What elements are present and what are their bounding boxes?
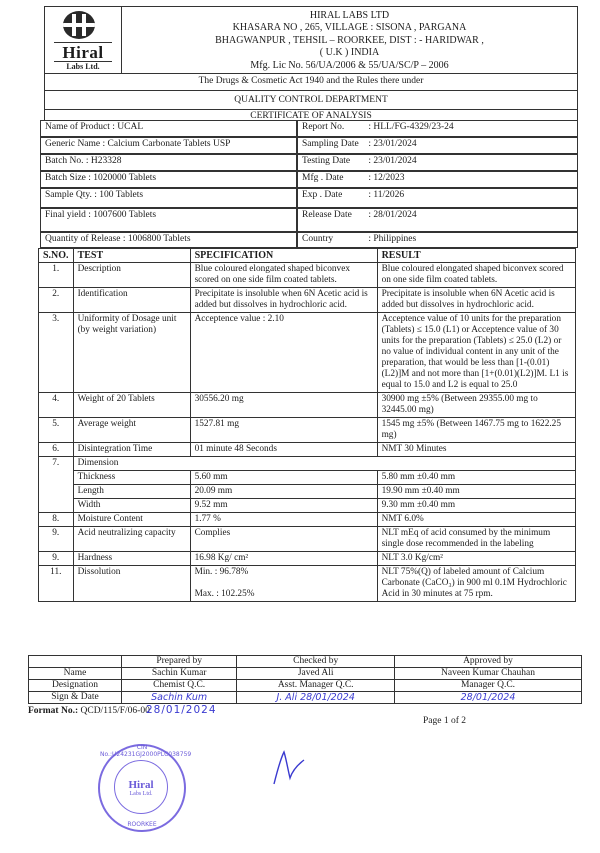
stamp-city: ROORKEE [100, 821, 184, 828]
row-label-designation: Designation [29, 680, 122, 692]
info-value: 12/2023 [373, 173, 404, 183]
prepared-designation: Chemist Q.C. [122, 680, 237, 692]
info-label: Quantity of Release [45, 234, 120, 244]
row-test: Acid neutralizing capacity [73, 527, 190, 552]
row-result: NMT 6.0% [377, 513, 575, 527]
info-value: UCAL [117, 122, 143, 132]
row-label-name: Name [29, 668, 122, 680]
checked-by-title: Checked by [237, 656, 395, 668]
info-right-cell: Exp . Date : 11/2026 [297, 188, 578, 208]
stamp-name: Hiral [115, 779, 167, 791]
row-sno: 5. [39, 418, 74, 443]
row-result: 9.30 mm ±0.40 mm [377, 499, 575, 513]
info-label: Release Date [302, 210, 366, 220]
row-spec: 1.77 % [190, 513, 377, 527]
spec-min: Min. : 96.78% [195, 567, 373, 578]
checked-name: Javed Ali [237, 668, 395, 680]
prepared-by-title: Prepared by [122, 656, 237, 668]
info-value: Philippines [373, 234, 416, 244]
spec-value: Complies [195, 528, 231, 538]
spec-max: Max. : 102.25% [195, 589, 373, 600]
table-row: 5.Average weight1527.81 mg1545 mg ±5% (B… [39, 418, 576, 443]
table-row: 1.DescriptionBlue coloured elongated sha… [39, 263, 576, 288]
info-label: Mfg . Date [302, 173, 366, 183]
info-value: HLL/FG-4329/23-24 [373, 122, 453, 132]
format-number: Format No.: QCD/115/F/06-00 [28, 706, 150, 716]
row-result: NLT 3.0 Kg/cm² [377, 552, 575, 566]
table-row: 7.Dimension [39, 457, 576, 471]
hiral-h-globe-icon [63, 11, 95, 39]
row-test: Hardness [73, 552, 190, 566]
row-test: Uniformity of Dosage unit (by weight var… [73, 313, 190, 393]
spec-value: 9.52 mm [195, 500, 228, 510]
table-row: 9.Acid neutralizing capacityCompliesNLT … [39, 527, 576, 552]
table-row: 11.DissolutionMin. : 96.78%Max. : 102.25… [39, 566, 576, 602]
row-result: Acceptence value of 10 units for the pre… [377, 313, 575, 393]
row-test: Width [73, 499, 190, 513]
spec-value: Blue coloured elongated shaped biconvex … [195, 264, 350, 285]
info-label: Name of Product [45, 122, 110, 132]
row-sno: 6. [39, 443, 74, 457]
row-label-sign: Sign & Date [29, 692, 122, 704]
handwritten-date: 28/01/2024 [146, 704, 217, 716]
info-left-cell: Final yield : 1007600 Tablets [40, 208, 297, 232]
row-result: Blue coloured elongated shaped biconvex … [377, 263, 575, 288]
row-result: 1545 mg ±5% (Between 1467.75 mg to 1622.… [377, 418, 575, 443]
row-test: Dissolution [73, 566, 190, 602]
company-name: HIRAL LABS LTD [122, 10, 577, 22]
initials-signature [268, 748, 308, 788]
page-number: Page 1 of 2 [423, 716, 466, 726]
signature-table: Prepared by Checked by Approved by Name … [28, 655, 582, 704]
table-row: 8.Moisture Content1.77 %NMT 6.0% [39, 513, 576, 527]
row-sno: 4. [39, 393, 74, 418]
row-sno: 1. [39, 263, 74, 288]
info-left-cell: Batch No. : H23328 [40, 154, 297, 171]
row-spec: Blue coloured elongated shaped biconvex … [190, 263, 377, 288]
row-spec: 16.98 Kg/ cm² [190, 552, 377, 566]
spec-value: 16.98 Kg/ cm² [195, 553, 249, 563]
row-result: 30900 mg ±5% (Between 29355.00 mg to 324… [377, 393, 575, 418]
row-test: Identification [73, 288, 190, 313]
logo-subtitle: Labs Ltd. [53, 62, 113, 71]
row-spec: 20.09 mm [190, 485, 377, 499]
table-row: 9.Hardness16.98 Kg/ cm²NLT 3.0 Kg/cm² [39, 552, 576, 566]
info-left-cell: Generic Name : Calcium Carbonate Tablets… [40, 137, 297, 154]
approved-designation: Manager Q.C. [395, 680, 582, 692]
letterhead: Hiral Labs Ltd. HIRAL LABS LTD KHASARA N… [44, 6, 578, 74]
info-label: Testing Date [302, 156, 366, 166]
row-sno: 9. [39, 552, 74, 566]
row-spec: Min. : 96.78%Max. : 102.25% [190, 566, 377, 602]
row-spec: Acceptence value : 2.10 [190, 313, 377, 393]
row-sno: 7. [39, 457, 74, 513]
approved-by-title: Approved by [395, 656, 582, 668]
table-row: 2.IdentificationPrecipitate is insoluble… [39, 288, 576, 313]
row-spec: 9.52 mm [190, 499, 377, 513]
table-row: 4.Weight of 20 Tablets30556.20 mg30900 m… [39, 393, 576, 418]
row-sno: 11. [39, 566, 74, 602]
row-test: Thickness [73, 471, 190, 485]
license-line: Mfg. Lic No. 56/UA/2006 & 55/UA/SC/P – 2… [122, 60, 577, 72]
info-value: 23/01/2024 [373, 156, 416, 166]
format-label: Format No.: [28, 706, 78, 716]
table-row: Width9.52 mm9.30 mm ±0.40 mm [39, 499, 576, 513]
info-label: Batch No. [45, 156, 84, 166]
checked-signature: J. Ali 28/01/2024 [237, 692, 395, 704]
info-label: Exp . Date [302, 190, 366, 200]
info-value: 11/2026 [373, 190, 404, 200]
info-right-cell: Release Date : 28/01/2024 [297, 208, 578, 232]
company-address: HIRAL LABS LTD KHASARA NO , 265, VILLAGE… [122, 10, 577, 72]
row-result: NMT 30 Minutes [377, 443, 575, 457]
spec-value: 30556.20 mg [195, 394, 244, 404]
row-spec: Complies [190, 527, 377, 552]
prepared-name: Sachin Kumar [122, 668, 237, 680]
row-sno: 8. [39, 513, 74, 527]
company-stamp: CIN No.:U24231GJ2000PLC038759 Hiral Labs… [98, 744, 186, 832]
info-label: Country [302, 234, 366, 244]
spec-value: 1.77 % [195, 514, 221, 524]
info-value: 100 Tablets [99, 190, 143, 200]
format-value: QCD/115/F/06-00 [81, 706, 150, 716]
info-left-cell: Name of Product : UCAL [40, 120, 297, 137]
info-label: Generic Name [45, 139, 100, 149]
row-spec: 5.60 mm [190, 471, 377, 485]
col-test: TEST [73, 249, 190, 263]
spec-value: 01 minute 48 Seconds [195, 444, 277, 454]
row-result: 5.80 mm ±0.40 mm [377, 471, 575, 485]
spec-value: 1527.81 mg [195, 419, 239, 429]
stamp-cin: CIN No.:U24231GJ2000PLC038759 [100, 744, 184, 758]
row-spec: Precipitate is insoluble when 6N Acetic … [190, 288, 377, 313]
info-value: Calcium Carbonate Tablets USP [108, 139, 231, 149]
table-row: Length20.09 mm19.90 mm ±0.40 mm [39, 485, 576, 499]
spec-value: 5.60 mm [195, 472, 228, 482]
address-line: ( U.K ) INDIA [122, 47, 577, 59]
department-title: QUALITY CONTROL DEPARTMENT [44, 91, 578, 110]
info-value: 23/01/2024 [373, 139, 416, 149]
info-label: Batch Size [45, 173, 86, 183]
address-line: BHAGWANPUR , TEHSIL – ROORKEE, DIST : - … [122, 35, 577, 47]
stamp-subtitle: Labs Ltd. [115, 791, 167, 797]
info-label: Sampling Date [302, 139, 366, 149]
col-sno: S.NO. [39, 249, 74, 263]
row-test: Description [73, 263, 190, 288]
info-label: Final yield [45, 210, 86, 220]
info-right-cell: Sampling Date : 23/01/2024 [297, 137, 578, 154]
prepared-signature: Sachin Kum [122, 692, 237, 704]
row-sno: 9. [39, 527, 74, 552]
table-row: 3.Uniformity of Dosage unit (by weight v… [39, 313, 576, 393]
company-logo: Hiral Labs Ltd. [45, 7, 122, 73]
info-value: 1020000 Tablets [93, 173, 156, 183]
address-line: KHASARA NO , 265, VILLAGE : SISONA , PAR… [122, 22, 577, 34]
info-value: 1006800 Tablets [128, 234, 191, 244]
row-test: Length [73, 485, 190, 499]
info-label: Report No. [302, 122, 366, 132]
row-spec: 30556.20 mg [190, 393, 377, 418]
approved-name: Naveen Kumar Chauhan [395, 668, 582, 680]
row-test: Moisture Content [73, 513, 190, 527]
info-left-cell: Quantity of Release : 1006800 Tablets [40, 232, 297, 248]
info-value: 28/01/2024 [373, 210, 416, 220]
row-result: NLT mEq of acid consumed by the minimum … [377, 527, 575, 552]
logo-name: Hiral [53, 43, 113, 63]
info-right-cell: Testing Date : 23/01/2024 [297, 154, 578, 171]
info-left-cell: Sample Qty. : 100 Tablets [40, 188, 297, 208]
info-right-cell: Mfg . Date : 12/2023 [297, 171, 578, 188]
row-result: Precipitate is insoluble when 6N Acetic … [377, 288, 575, 313]
act-line: The Drugs & Cosmetic Act 1940 and the Ru… [44, 73, 578, 91]
row-result: 19.90 mm ±0.40 mm [377, 485, 575, 499]
spec-value: Precipitate is insoluble when 6N Acetic … [195, 289, 368, 310]
row-spec: 1527.81 mg [190, 418, 377, 443]
certificate-of-analysis: Hiral Labs Ltd. HIRAL LABS LTD KHASARA N… [0, 0, 600, 853]
col-result: RESULT [377, 249, 575, 263]
test-results-table: S.NO. TEST SPECIFICATION RESULT 1.Descri… [38, 248, 576, 602]
row-sno: 3. [39, 313, 74, 393]
spec-value: Acceptence value : 2.10 [195, 314, 284, 324]
approved-signature: 28/01/2024 [395, 692, 582, 704]
info-value: H23328 [91, 156, 122, 166]
info-left-cell: Batch Size : 1020000 Tablets [40, 171, 297, 188]
table-row: 6.Disintegration Time01 minute 48 Second… [39, 443, 576, 457]
row-test: Weight of 20 Tablets [73, 393, 190, 418]
info-right-cell: Report No. : HLL/FG-4329/23-24 [297, 120, 578, 137]
table-row: Thickness5.60 mm5.80 mm ±0.40 mm [39, 471, 576, 485]
info-right-cell: Country : Philippines [297, 232, 578, 248]
col-spec: SPECIFICATION [190, 249, 377, 263]
row-result: NLT 75%(Q) of labeled amount of Calcium … [377, 566, 575, 602]
row-spec: 01 minute 48 Seconds [190, 443, 377, 457]
row-test: Dimension [73, 457, 575, 471]
row-sno: 2. [39, 288, 74, 313]
checked-designation: Asst. Manager Q.C. [237, 680, 395, 692]
row-test: Disintegration Time [73, 443, 190, 457]
row-test: Average weight [73, 418, 190, 443]
info-label: Sample Qty. [45, 190, 92, 200]
info-value: 1007600 Tablets [93, 210, 156, 220]
spec-value: 20.09 mm [195, 486, 233, 496]
